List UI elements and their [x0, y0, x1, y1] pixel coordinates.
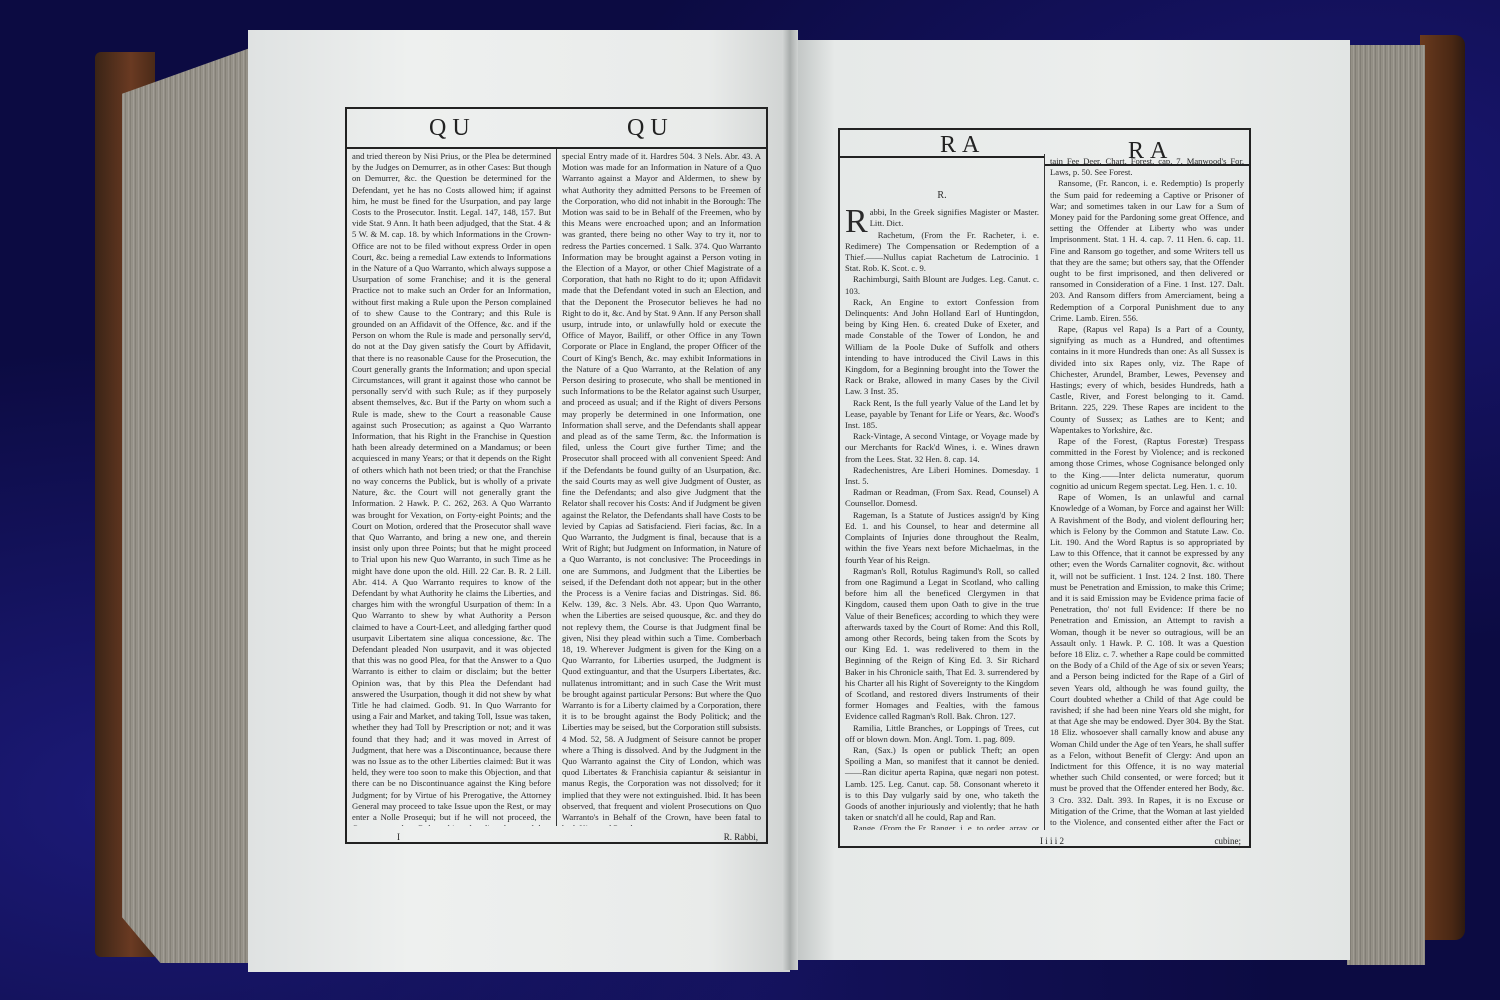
dictionary-entry: Radman or Readman, (From Sax. Read, Coun… [845, 487, 1039, 509]
running-head-right: QU [627, 115, 674, 142]
signature-mark: I [397, 832, 400, 842]
dictionary-entry: tain Fee Deer. Chart. Forest. cap. 7. Ma… [1050, 156, 1244, 178]
right-running-head: RA RA [840, 130, 1249, 154]
drop-cap: R [845, 207, 868, 237]
dictionary-entry: Rabbi, In the Greek signifies Magister o… [845, 207, 1039, 229]
left-page-text-frame: QU QU and tried thereon by Nisi Prius, o… [345, 107, 768, 844]
signature-mark: I i i i 2 [1040, 836, 1064, 846]
leather-cover-right [1420, 35, 1465, 940]
dictionary-entry: Ragman's Roll, Rotulus Ragimund's Roll, … [845, 566, 1039, 723]
page-edges-right [1347, 45, 1425, 965]
running-head-left: QU [429, 115, 476, 142]
left-page-column-1: and tried thereon by Nisi Prius, or the … [347, 149, 556, 826]
dictionary-entry: Rape of Women, Is an unlawful and carnal… [1050, 492, 1244, 830]
dictionary-entry: Ran, (Sax.) Is open or publick Theft; an… [845, 745, 1039, 823]
dictionary-entry: Rack-Vintage, A second Vintage, or Voyag… [845, 431, 1039, 465]
right-page-columns: R. Rabbi, In the Greek signifies Magiste… [840, 166, 1249, 830]
dictionary-entry: Rack, An Engine to extort Confession fro… [845, 297, 1039, 398]
dictionary-entry: Range, (From the Fr. Ranger, i. e. to or… [845, 823, 1039, 830]
right-page-column-1: R. Rabbi, In the Greek signifies Magiste… [840, 166, 1044, 830]
head-rule-left [840, 156, 1045, 158]
dictionary-entry: Rape, (Rapus vel Rapa) Is a Part of a Co… [1050, 324, 1244, 436]
column-text: and tried thereon by Nisi Prius, or the … [352, 151, 551, 826]
right-page-text-frame: RA RA R. Rabbi, In the Greek signifies M… [838, 128, 1251, 848]
dictionary-entry: Ramilia, Little Branches, or Loppings of… [845, 723, 1039, 745]
dictionary-entry: Rachetum, (From the Fr. Racheter, i. e. … [845, 230, 1039, 275]
left-page-columns: and tried thereon by Nisi Prius, or the … [347, 149, 766, 826]
catchword: R. Rabbi, [724, 832, 758, 842]
dictionary-entry: Rageman, Is a Statute of Justices assign… [845, 510, 1039, 566]
catchword: cubine; [1215, 836, 1242, 846]
left-page-column-2: special Entry made of it. Hardres 504. 3… [556, 149, 766, 826]
page-edges-left [122, 48, 250, 963]
right-page-column-2: tain Fee Deer. Chart. Forest. cap. 7. Ma… [1044, 154, 1249, 830]
dictionary-entry: Ransome, (Fr. Rancon, i. e. Redemptio) I… [1050, 178, 1244, 324]
dictionary-entry: Radechenistres, Are Liberi Homines. Dome… [845, 465, 1039, 487]
dictionary-entry: Rachimburgi, Saith Blount are Judges. Le… [845, 274, 1039, 296]
section-letter: R. [845, 190, 1039, 201]
dictionary-entry: Rape of the Forest, (Raptus Forestæ) Tre… [1050, 436, 1244, 492]
left-page-footer: I R. Rabbi, [347, 828, 766, 844]
book-gutter [782, 30, 798, 970]
dictionary-entry: Rack Rent, Is the full yearly Value of t… [845, 398, 1039, 432]
right-page-footer: I i i i 2 cubine; [840, 832, 1249, 848]
running-head-left: RA [940, 132, 985, 159]
column-text: special Entry made of it. Hardres 504. 3… [562, 151, 761, 826]
left-running-head: QU QU [347, 109, 766, 149]
